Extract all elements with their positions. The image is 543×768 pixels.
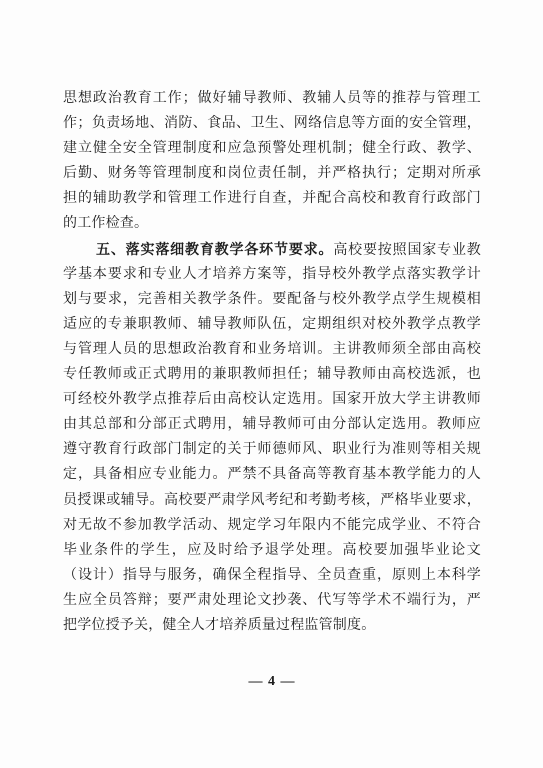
body-text-segment: 划与要求，完善相关教学条件。要配备与校外教学点学生规模相 bbox=[63, 292, 481, 307]
text-line: 由其总部和分部正式聘用，辅导教师可由分部认定选用。教师应 bbox=[63, 412, 481, 437]
body-text-segment: 把学位授予关，健全人才培养质量过程监管制度。 bbox=[63, 618, 375, 633]
body-text-segment: 适应的专兼职教师、辅导教师队伍，定期组织对校外教学点教学 bbox=[63, 317, 481, 332]
body-text-segment: （设计）指导与服务，确保全程指导、全员查重，原则上本科学 bbox=[63, 568, 481, 583]
text-line: 适应的专兼职教师、辅导教师队伍，定期组织对校外教学点教学 bbox=[63, 312, 481, 337]
text-line: 担的辅助教学和管理工作进行自查，并配合高校和教育行政部门 bbox=[63, 186, 481, 211]
text-line: 思想政治教育工作；做好辅导教师、教辅人员等的推荐与管理工 bbox=[63, 86, 481, 111]
text-line: 作；负责场地、消防、食品、卫生、网络信息等方面的安全管理， bbox=[63, 111, 481, 136]
body-text-segment: 建立健全安全管理制度和应急预警处理机制；健全行政、教学、 bbox=[63, 141, 481, 156]
document-page: 思想政治教育工作；做好辅导教师、教辅人员等的推荐与管理工作；负责场地、消防、食品… bbox=[0, 0, 543, 768]
body-text-segment: 毕业条件的学生，应及时给予退学处理。高校要加强毕业论文 bbox=[63, 543, 481, 558]
body-text-segment: 高校要按照国家专业教 bbox=[333, 243, 481, 258]
page-number: — 4 — bbox=[249, 674, 296, 689]
text-line: 定，具备相应专业能力。严禁不具备高等教育基本教学能力的人 bbox=[63, 462, 481, 487]
text-line: 学基本要求和专业人才培养方案等，指导校外教学点落实教学计 bbox=[63, 262, 481, 287]
text-line: 遵守教育行政部门制定的关于师德师风、职业行为准则等相关规 bbox=[63, 437, 481, 462]
body-text-segment: 后勤、财务等管理制度和岗位责任制，并严格执行；定期对所承 bbox=[63, 166, 481, 181]
body-text: 思想政治教育工作；做好辅导教师、教辅人员等的推荐与管理工作；负责场地、消防、食品… bbox=[63, 86, 481, 638]
body-text-segment: 思想政治教育工作；做好辅导教师、教辅人员等的推荐与管理工 bbox=[63, 91, 481, 106]
body-text-segment: 与管理人员的思想政治教育和业务培训。主讲教师须全部由高校 bbox=[63, 342, 481, 357]
body-text-segment: 的工作检查。 bbox=[63, 216, 148, 231]
text-line: 划与要求，完善相关教学条件。要配备与校外教学点学生规模相 bbox=[63, 287, 481, 312]
page-footer: — 4 — bbox=[63, 672, 481, 690]
body-text-segment: 担的辅助教学和管理工作进行自查，并配合高校和教育行政部门 bbox=[63, 191, 481, 206]
text-line: 员授课或辅导。高校要严肃学风考纪和考勤考核，严格毕业要求， bbox=[63, 488, 481, 513]
body-text-segment: 对无故不参加教学活动、规定学习年限内不能完成学业、不符合 bbox=[63, 518, 481, 533]
text-line: 建立健全安全管理制度和应急预警处理机制；健全行政、教学、 bbox=[63, 136, 481, 161]
text-line: 专任教师或正式聘用的兼职教师担任；辅导教师由高校选派，也 bbox=[63, 362, 481, 387]
body-text-segment: 遵守教育行政部门制定的关于师德师风、职业行为准则等相关规 bbox=[63, 442, 481, 457]
body-text-segment: 由其总部和分部正式聘用，辅导教师可由分部认定选用。教师应 bbox=[63, 417, 481, 432]
text-line: 毕业条件的学生，应及时给予退学处理。高校要加强毕业论文 bbox=[63, 538, 481, 563]
body-text-segment: 专任教师或正式聘用的兼职教师担任；辅导教师由高校选派，也 bbox=[63, 367, 481, 382]
text-line: 可经校外教学点推荐后由高校认定选用。国家开放大学主讲教师 bbox=[63, 387, 481, 412]
text-line: 后勤、财务等管理制度和岗位责任制，并严格执行；定期对所承 bbox=[63, 161, 481, 186]
body-text-segment: 生应全员答辩；要严肃处理论文抄袭、代写等学术不端行为，严 bbox=[63, 593, 481, 608]
text-line: （设计）指导与服务，确保全程指导、全员查重，原则上本科学 bbox=[63, 563, 481, 588]
body-text-segment: 作；负责场地、消防、食品、卫生、网络信息等方面的安全管理， bbox=[63, 116, 481, 131]
body-text-segment: 定，具备相应专业能力。严禁不具备高等教育基本教学能力的人 bbox=[63, 467, 481, 482]
text-line: 把学位授予关，健全人才培养质量过程监管制度。 bbox=[63, 613, 481, 638]
text-line: 与管理人员的思想政治教育和业务培训。主讲教师须全部由高校 bbox=[63, 337, 481, 362]
text-line: 的工作检查。 bbox=[63, 211, 481, 236]
body-text-segment: 学基本要求和专业人才培养方案等，指导校外教学点落实教学计 bbox=[63, 267, 481, 282]
body-text-segment: 员授课或辅导。高校要严肃学风考纪和考勤考核，严格毕业要求， bbox=[63, 493, 481, 508]
text-line: 五、落实落细教育教学各环节要求。高校要按照国家专业教 bbox=[63, 237, 481, 262]
section-heading-text: 五、落实落细教育教学各环节要求。 bbox=[96, 241, 333, 257]
text-line: 对无故不参加教学活动、规定学习年限内不能完成学业、不符合 bbox=[63, 513, 481, 538]
text-line: 生应全员答辩；要严肃处理论文抄袭、代写等学术不端行为，严 bbox=[63, 588, 481, 613]
body-text-segment: 可经校外教学点推荐后由高校认定选用。国家开放大学主讲教师 bbox=[63, 392, 481, 407]
